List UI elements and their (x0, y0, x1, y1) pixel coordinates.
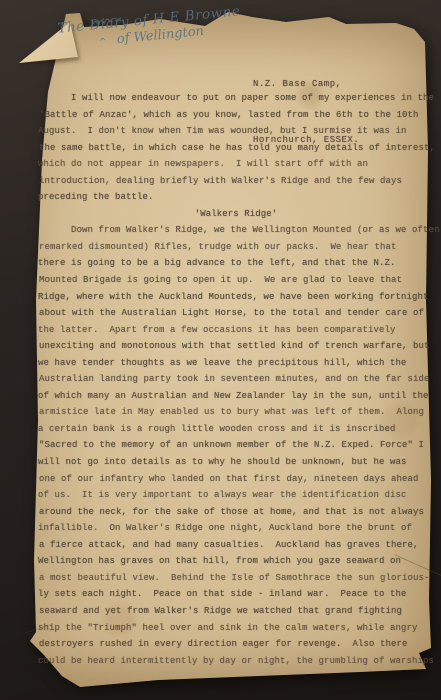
typed-line: of us. It is very important to always we… (38, 487, 432, 504)
typed-line: one of our infantry who landed on that f… (39, 471, 433, 488)
typed-line: the same battle, in which case he has to… (39, 140, 433, 157)
typed-line: there is going to be a big advance to th… (38, 255, 432, 272)
typed-line: a certain bank is a rough little wooden … (38, 421, 432, 438)
typed-line: Australian landing party took in sevente… (39, 371, 433, 388)
typed-line: ly sets each night. Peace on that side -… (38, 586, 432, 603)
typed-line: could be heard intermittently by day or … (38, 653, 432, 670)
typed-line: seaward and yet from Walker's Ridge we w… (39, 603, 433, 620)
typed-line: preceding the battle. (38, 189, 432, 206)
typed-line: around the neck, for the sake of those a… (39, 504, 433, 521)
typed-line: "Sacred to the memory of an unknown memb… (39, 437, 433, 454)
typed-line: unexciting and monotonous with that sett… (39, 338, 433, 355)
typed-line: Down from Walker's Ridge, we the Welling… (38, 222, 432, 239)
caret-insert-mark: ^ (99, 37, 107, 48)
typed-body: I will now endeavour to put on paper som… (38, 90, 432, 669)
scribble-insert-icon (88, 12, 124, 34)
section-heading: 'Walkers Ridge' (39, 206, 433, 223)
typed-line: we have tender thoughts as we leave the … (38, 355, 432, 372)
typed-line: a fierce attack, and had many casualties… (39, 537, 433, 554)
typed-line: introduction, dealing briefly with Walke… (39, 173, 433, 190)
typed-line: infallible. On Walker's Ridge one night,… (38, 520, 432, 537)
typed-line: will not go into details as to why he sh… (38, 454, 432, 471)
typed-line: I will now endeavour to put on paper som… (38, 90, 432, 107)
typed-line: Ridge, where with the Auckland Mounteds,… (38, 289, 432, 306)
typed-line: a most beautiful view. Behind the Isle o… (39, 570, 433, 587)
typed-line: the latter. Apart from a few occasions i… (38, 322, 432, 339)
typed-line: Wellington has graves on that hill, from… (38, 553, 432, 570)
photo-background: ^ The Diary of H E Browne of Wellington … (0, 0, 441, 700)
typed-line: which do not appear in newspapers. I wil… (38, 156, 432, 173)
typed-line: August. I don't know when Tim was wounde… (38, 123, 432, 140)
typed-line: remarked dismounted) Rifles, trudge with… (39, 239, 433, 256)
typed-line: 'Battle of Anzac', which as you know, la… (39, 107, 433, 124)
typed-line: Mounted Brigade is going to open it up. … (39, 272, 433, 289)
typed-line: ship the "Triumph" heel over and sink in… (38, 620, 432, 637)
typed-line: armistice late in May enabled us to bury… (39, 404, 433, 421)
typed-line: about with the Australian Light Horse, t… (39, 305, 433, 322)
typed-line: destroyers rushed in every direction eag… (39, 636, 433, 653)
typed-line: of which many an Australian and New Zeal… (38, 388, 432, 405)
